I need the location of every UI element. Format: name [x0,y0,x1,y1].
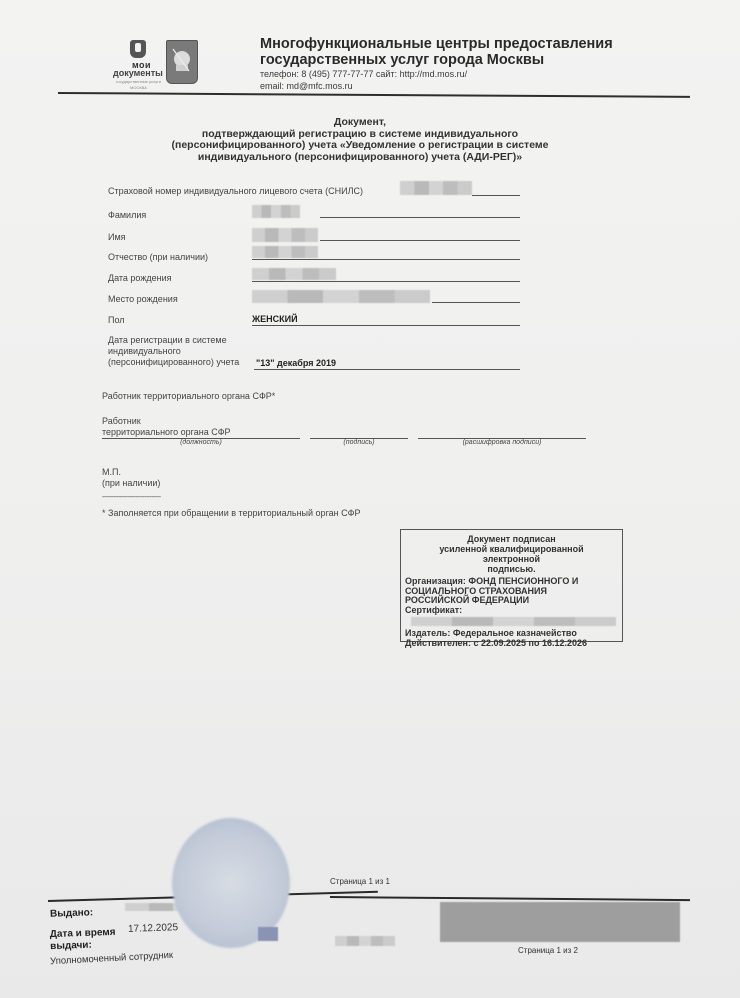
birth-date-label: Дата рождения [108,273,172,283]
birth-place-underline [432,302,520,303]
surname-underline [320,217,520,218]
decode-caption: (расшифровка подписи) [418,439,586,446]
position-caption: (должность) [102,439,300,446]
mfc-logo-icon [130,40,146,58]
outer-issuer-redacted [440,902,680,942]
signature-validity: Действителен: с 22.09.2025 по 16.12.2026 [405,639,622,649]
issued-label: Выдано: [50,907,94,919]
patronymic-label: Отчество (при наличии) [108,252,208,262]
issue-datetime-label: Дата и время выдачи: [50,927,117,953]
inner-page-number: Страница 1 из 1 [330,877,390,886]
footnote: * Заполняется при обращении в территориа… [102,508,360,518]
seal-label: М.П. (при наличии) [102,467,160,489]
birth-date-value-redacted [252,268,336,280]
name-label: Имя [108,232,126,242]
organization-contacts: телефон: 8 (495) 777-77-77 сайт: http://… [260,68,467,92]
patronymic-value-redacted [252,246,318,258]
certificate-label: Сертификат: [405,606,622,616]
snils-label: Страховой номер индивидуального лицевого… [108,186,363,196]
birth-place-label: Место рождения [108,294,178,304]
phone-site-text: телефон: 8 (495) 777-77-77 сайт: http://… [260,68,467,80]
header-divider [58,92,690,98]
patronymic-underline [252,259,520,260]
registration-date-label: Дата регистрации в системе индивидуально… [108,335,239,368]
name-value-redacted [252,228,318,242]
surname-label: Фамилия [108,210,146,220]
moi-dokumenty-logo: мои документы государственные услуги МОС… [110,40,160,92]
email-text: email: md@mfc.mos.ru [260,80,467,92]
logo-subtext: государственные услуги [116,79,161,84]
issue-datetime-value: 17.12.2025 [128,922,178,935]
logo-text: документы [113,68,163,78]
worker-position-label: Работник территориального органа СФР [102,416,231,438]
logo-subtext: МОСКВА [130,85,147,90]
footnote-separator: -------------------------------- [102,494,161,501]
birth-date-underline [252,281,520,282]
sex-value: ЖЕНСКИЙ [252,314,298,324]
certificate-number-redacted [411,617,616,626]
signature-caption: (подпись) [310,439,408,446]
name-underline [320,240,520,241]
electronic-signature-stamp: Документ подписан усиленной квалифициров… [400,529,623,642]
birth-place-value-redacted [252,290,430,303]
sex-label: Пол [108,315,125,325]
registration-date-value: "13" декабря 2019 [256,358,336,368]
footer-divider-right [330,896,690,901]
outer-page-number: Страница 1 из 2 [518,946,578,955]
organization-title: Многофункциональные центры предоставлени… [260,36,613,68]
signature-organization: Организация: ФОНД ПЕНСИОННОГО И СОЦИАЛЬН… [401,577,622,615]
worker-section-title: Работник территориального органа СФР* [102,391,275,401]
sex-underline [252,325,520,326]
surname-value-redacted [252,205,300,218]
document-title: Документ, подтверждающий регистрацию в с… [140,117,580,163]
moscow-coat-of-arms-icon [166,40,198,84]
snils-value-redacted [400,181,472,195]
stamp-detail-redacted [258,927,278,941]
registration-date-underline [254,369,520,370]
officer-name-redacted [335,936,395,946]
snils-underline [472,195,520,196]
